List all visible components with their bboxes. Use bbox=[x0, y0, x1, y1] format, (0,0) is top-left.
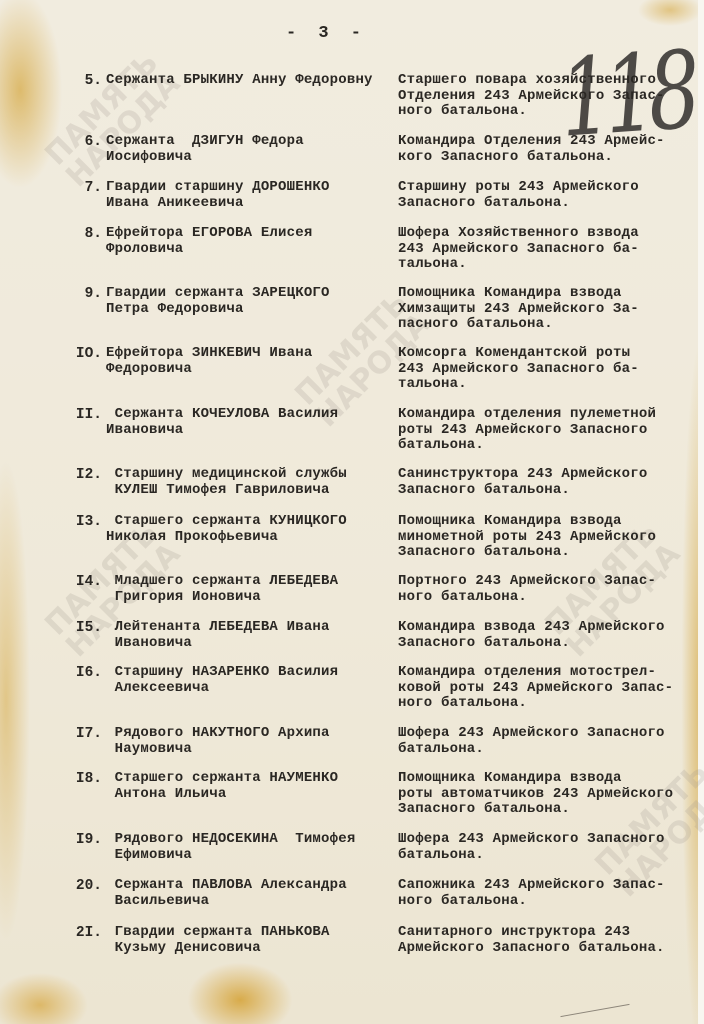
recipient-name: Гвардии старшину ДОРОШЕНКО Ивана Аникеев… bbox=[106, 180, 396, 211]
entry-number: I6. bbox=[66, 665, 102, 681]
recipient-name: Сержанта ДЗИГУН Федора Иосифовича bbox=[106, 134, 396, 165]
recipient-position: Старшину роты 243 Армейского Запасного б… bbox=[398, 180, 698, 211]
recipient-name: Рядового НЕДОСЕКИНА Тимофея Ефимовича bbox=[106, 832, 396, 863]
recipient-name: Лейтенанта ЛЕБЕДЕВА Ивана Ивановича bbox=[106, 620, 396, 651]
recipient-name: Сержанта БРЫКИНУ Анну Федоровну bbox=[106, 73, 396, 89]
recipient-name: Старшего сержанта КУНИЦКОГО Николая Прок… bbox=[106, 514, 396, 545]
recipient-position: Шофера 243 Армейского Запасного батальон… bbox=[398, 832, 698, 863]
entry-number: I4. bbox=[66, 574, 102, 590]
recipient-position: Помощника Командира взвода минометной ро… bbox=[398, 514, 698, 561]
recipient-name: Рядового НАКУТНОГО Архипа Наумовича bbox=[106, 726, 396, 757]
recipient-position: Портного 243 Армейского Запас- ного бата… bbox=[398, 574, 698, 605]
entry-number: I8. bbox=[66, 771, 102, 787]
recipient-name: Ефрейтора ЗИНКЕВИЧ Ивана Федоровича bbox=[106, 346, 396, 377]
recipient-position: Командира взвода 243 Армейского Запасног… bbox=[398, 620, 698, 651]
recipient-position: Помощника Командира взвода Химзащиты 243… bbox=[398, 286, 698, 333]
recipient-name: Старшину медицинской службы КУЛЕШ Тимофе… bbox=[106, 467, 396, 498]
recipient-position: Санинструктора 243 Армейского Запасного … bbox=[398, 467, 698, 498]
recipient-position: Помощника Командира взвода роты автоматч… bbox=[398, 771, 698, 818]
recipient-name: Гвардии сержанта ПАНЬКОВА Кузьму Денисов… bbox=[106, 925, 396, 956]
recipient-name: Старшего сержанта НАУМЕНКО Антона Ильича bbox=[106, 771, 396, 802]
recipient-position: Санитарного инструктора 243 Армейского З… bbox=[398, 925, 698, 956]
page-number: - 3 - bbox=[286, 24, 367, 43]
entry-number: I5. bbox=[66, 620, 102, 636]
recipient-position: Шофера Хозяйственного взвода 243 Армейск… bbox=[398, 226, 698, 273]
recipient-position: Старшего повара хозяйственного Отделения… bbox=[398, 73, 698, 120]
recipient-name: Сержанта ПАВЛОВА Александра Васильевича bbox=[106, 878, 396, 909]
recipient-name: Сержанта КОЧЕУЛОВА Василия Ивановича bbox=[106, 407, 396, 438]
entry-number: 5. bbox=[66, 73, 102, 89]
entry-number: I7. bbox=[66, 726, 102, 742]
entry-number: 8. bbox=[66, 226, 102, 242]
entry-number: 20. bbox=[66, 878, 102, 894]
recipient-position: Шофера 243 Армейского Запасного батальон… bbox=[398, 726, 698, 757]
recipient-position: Командира Отделения 243 Армейс- кого Зап… bbox=[398, 134, 698, 165]
recipient-name: Старшину НАЗАРЕНКО Василия Алексеевича bbox=[106, 665, 396, 696]
entry-number: I2. bbox=[66, 467, 102, 483]
recipient-position: Сапожника 243 Армейского Запас- ного бат… bbox=[398, 878, 698, 909]
recipient-name: Гвардии сержанта ЗАРЕЦКОГО Петра Федоров… bbox=[106, 286, 396, 317]
entry-number: 7. bbox=[66, 180, 102, 196]
entry-number: 9. bbox=[66, 286, 102, 302]
recipient-position: Комсорга Комендантской роты 243 Армейско… bbox=[398, 346, 698, 393]
recipient-position: Командира отделения мотострел- ковой рот… bbox=[398, 665, 698, 712]
entry-number: II. bbox=[66, 407, 102, 423]
entry-number: 2I. bbox=[66, 925, 102, 941]
recipient-name: Ефрейтора ЕГОРОВА Елисея Фроловича bbox=[106, 226, 396, 257]
entry-number: I9. bbox=[66, 832, 102, 848]
entry-number: IO. bbox=[66, 346, 102, 362]
entry-number: 6. bbox=[66, 134, 102, 150]
scan-edge bbox=[698, 0, 704, 1024]
recipient-name: Младшего сержанта ЛЕБЕДЕВА Григория Ионо… bbox=[106, 574, 396, 605]
recipient-position: Командира отделения пулеметной роты 243 … bbox=[398, 407, 698, 454]
entry-number: I3. bbox=[66, 514, 102, 530]
